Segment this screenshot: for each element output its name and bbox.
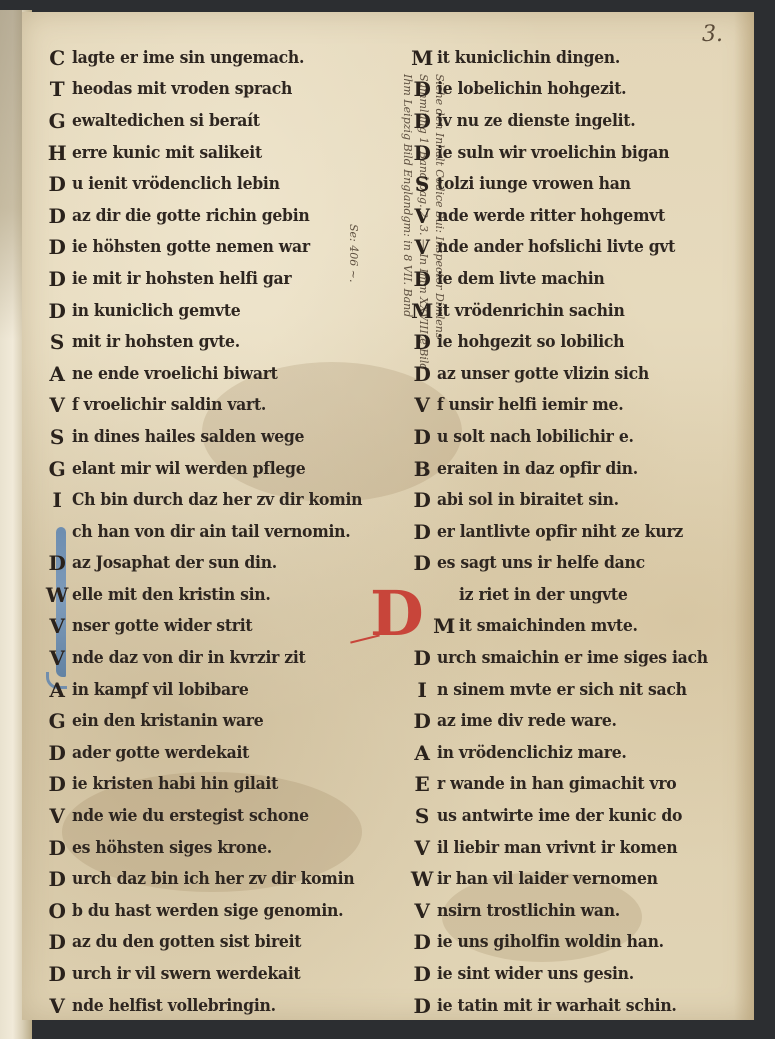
verse-line: ICh bin durch daz her zv dir komin — [42, 484, 402, 516]
line-initial: D — [407, 488, 437, 512]
line-initial: M — [429, 614, 459, 638]
line-initial: D — [42, 867, 72, 891]
verse-text: es sagt uns ir helfe danc — [437, 553, 645, 573]
line-initial: V — [42, 614, 72, 638]
line-initial: V — [407, 393, 437, 417]
verse-text: es höhsten siges krone. — [72, 838, 272, 858]
verse-line: Vnsirn trostlichin wan. — [407, 895, 747, 927]
line-initial: M — [407, 299, 437, 323]
verse-line: Durch daz bin ich her zv dir komin — [42, 863, 402, 895]
verse-text: nde werde ritter hohgemvt — [437, 206, 665, 226]
verse-line: Vnde werde ritter hohgemvt — [407, 200, 747, 232]
verse-text: it smaichinden mvte. — [459, 616, 638, 636]
verse-text: Ch bin durch daz her zv dir komin — [72, 490, 362, 510]
verse-line: Die mit ir hohsten helfi gar — [42, 263, 402, 295]
line-initial: D — [407, 994, 437, 1018]
verse-text: nde wie du erstegist schone — [72, 806, 309, 826]
verse-text: n sinem mvte er sich nit sach — [437, 680, 687, 700]
line-initial: D — [407, 930, 437, 954]
verse-line: Stolzi iunge vrowen han — [407, 168, 747, 200]
verse-text: az unser gotte vlizin sich — [437, 364, 649, 384]
verse-line: Gelant mir wil werden pflege — [42, 453, 402, 485]
verse-text: urch ir vil swern werdekait — [72, 964, 301, 984]
verse-line: Mit vrödenrichin sachin — [407, 295, 747, 327]
verse-line: Beraiten in daz opfir din. — [407, 453, 747, 485]
verse-text: urch smaichin er ime siges iach — [437, 648, 708, 668]
verse-line: Des sagt uns ir helfe danc — [407, 548, 747, 580]
verse-line: Er wande in han gimachit vro — [407, 769, 747, 801]
line-initial: D — [407, 425, 437, 449]
verse-line: Daz du den gotten sist bireit — [42, 927, 402, 959]
verse-line: Welle mit den kristin sin. — [42, 579, 402, 611]
verse-line: Daz ime div rede ware. — [407, 705, 747, 737]
verse-text: nsirn trostlichin wan. — [437, 901, 620, 921]
verse-line: Mit kuniclichin dingen. — [407, 42, 747, 74]
verse-text: az Josaphat der sun din. — [72, 553, 277, 573]
verse-line: Durch ir vil swern werdekait — [42, 958, 402, 990]
verse-text: nde helfist vollebringin. — [72, 996, 276, 1016]
verse-text: ie tatin mit ir warhait schin. — [437, 996, 677, 1016]
line-initial: D — [407, 962, 437, 986]
verse-text: ne ende vroelichi biwart — [72, 364, 278, 384]
line-initial: G — [42, 457, 72, 481]
verse-text: in vrödenclichiz mare. — [437, 743, 627, 763]
line-initial: D — [42, 836, 72, 860]
line-initial: S — [42, 330, 72, 354]
verse-text: urch daz bin ich her zv dir komin — [72, 869, 354, 889]
line-initial: V — [407, 235, 437, 259]
line-initial: O — [42, 899, 72, 923]
verse-text: ie hohgezit so lobilich — [437, 332, 624, 352]
verse-text: ch han von dir ain tail vernomin. — [72, 522, 350, 542]
verse-line: Du ienit vrödenclich lebin — [42, 168, 402, 200]
verse-text: it kuniclichin dingen. — [437, 48, 620, 68]
verse-text: ader gotte werdekait — [72, 743, 249, 763]
line-initial: W — [42, 583, 72, 607]
verse-line: Daz dir die gotte richin gebin — [42, 200, 402, 232]
verse-text: us antwirte ime der kunic do — [437, 806, 682, 826]
line-initial: D — [407, 109, 437, 133]
verse-line: Ane ende vroelichi biwart — [42, 358, 402, 390]
line-initial: V — [42, 646, 72, 670]
line-initial: D — [42, 299, 72, 323]
verse-text: heodas mit vroden sprach — [72, 79, 292, 99]
line-initial: H — [42, 141, 72, 165]
verse-line: Die höhsten gotte nemen war — [42, 232, 402, 264]
line-initial: S — [407, 172, 437, 196]
verse-line: Du solt nach lobilichir e. — [407, 421, 747, 453]
verse-text: lagte er ime sin ungemach. — [72, 48, 304, 68]
line-initial: D — [42, 267, 72, 291]
verse-text: elant mir wil werden pflege — [72, 459, 305, 479]
line-initial: D — [407, 330, 437, 354]
verse-line: Vnde daz von dir in kvrzir zit — [42, 642, 402, 674]
line-initial: D — [42, 962, 72, 986]
verse-text: nde daz von dir in kvrzir zit — [72, 648, 305, 668]
verse-line: Clagte er ime sin ungemach. — [42, 42, 402, 74]
verse-text: erre kunic mit salikeit — [72, 143, 262, 163]
line-initial: V — [42, 393, 72, 417]
verse-line: Die suln wir vroelichin bigan — [407, 137, 747, 169]
verse-text: ie dem livte machin — [437, 269, 604, 289]
line-initial: V — [407, 899, 437, 923]
line-initial: D — [42, 204, 72, 228]
line-initial: D — [407, 267, 437, 291]
verse-text: it vrödenrichin sachin — [437, 301, 625, 321]
verse-line: Die lobelichin hohgezit. — [407, 74, 747, 106]
verse-text: elle mit den kristin sin. — [72, 585, 271, 605]
verse-text: az ime div rede ware. — [437, 711, 617, 731]
line-initial: D — [407, 362, 437, 386]
verse-text: ie höhsten gotte nemen war — [72, 237, 310, 257]
line-initial: D — [407, 77, 437, 101]
verse-line: Die hohgezit so lobilich — [407, 326, 747, 358]
line-initial: M — [407, 46, 437, 70]
line-initial: D — [42, 741, 72, 765]
verse-text: u ienit vrödenclich lebin — [72, 174, 280, 194]
verse-line: Smit ir hohsten gvte. — [42, 326, 402, 358]
verse-text: eraiten in daz opfir din. — [437, 459, 638, 479]
verse-line: Vf vroelichir saldin vart. — [42, 390, 402, 422]
line-initial: D — [407, 551, 437, 575]
line-initial: D — [407, 646, 437, 670]
verse-text: u solt nach lobilichir e. — [437, 427, 634, 447]
line-initial: D — [42, 551, 72, 575]
verse-line: In sinem mvte er sich nit sach — [407, 674, 747, 706]
verse-line: Theodas mit vroden sprach — [42, 74, 402, 106]
verse-line: Daz Josaphat der sun din. — [42, 548, 402, 580]
verse-text: ein den kristanin ware — [72, 711, 263, 731]
verse-line: Vnde wie du erstegist schone — [42, 800, 402, 832]
verse-text: ie kristen habi hin gilait — [72, 774, 278, 794]
line-initial: B — [407, 457, 437, 481]
verse-text: mit ir hohsten gvte. — [72, 332, 240, 352]
line-initial: E — [407, 772, 437, 796]
verse-line: Vf unsir helfi iemir me. — [407, 390, 747, 422]
line-initial: V — [407, 836, 437, 860]
verse-line: Die dem livte machin — [407, 263, 747, 295]
verse-line: Div nu ze dienste ingelit. — [407, 105, 747, 137]
verse-line: Die uns giholfin woldin han. — [407, 927, 747, 959]
verse-line: Der lantlivte opfir niht ze kurz — [407, 516, 747, 548]
verse-text: b du hast werden sige genomin. — [72, 901, 343, 921]
verse-line: ch han von dir ain tail vernomin. — [42, 516, 402, 548]
verse-line: Mit smaichinden mvte. — [407, 611, 747, 643]
line-initial: G — [42, 109, 72, 133]
verse-line: Die kristen habi hin gilait — [42, 769, 402, 801]
verse-line: Gewaltedichen si beraít — [42, 105, 402, 137]
verse-text: r wande in han gimachit vro — [437, 774, 676, 794]
verse-line: Dabi sol in biraitet sin. — [407, 484, 747, 516]
verse-line: Vnde helfist vollebringin. — [42, 990, 402, 1022]
line-initial: D — [42, 772, 72, 796]
line-initial: S — [407, 804, 437, 828]
verse-text: az du den gotten sist bireit — [72, 932, 301, 952]
verse-line: Des höhsten siges krone. — [42, 832, 402, 864]
verse-text: abi sol in biraitet sin. — [437, 490, 619, 510]
line-initial: A — [42, 678, 72, 702]
verse-text: ir han vil laider vernomen — [437, 869, 658, 889]
verse-text: in kampf vil lobibare — [72, 680, 249, 700]
verse-text: il liebir man vrivnt ir komen — [437, 838, 677, 858]
verse-text: ie mit ir hohsten helfi gar — [72, 269, 291, 289]
line-initial: D — [407, 141, 437, 165]
line-initial: V — [42, 804, 72, 828]
verse-line: Herre kunic mit salikeit — [42, 137, 402, 169]
verse-text: ie sint wider uns gesin. — [437, 964, 634, 984]
verse-line: Wir han vil laider vernomen — [407, 863, 747, 895]
verse-line: Vil liebir man vrivnt ir komen — [407, 832, 747, 864]
line-initial: A — [407, 741, 437, 765]
line-initial: D — [407, 520, 437, 544]
verse-text: iz riet in der ungvte — [459, 585, 628, 605]
verse-line: Sus antwirte ime der kunic do — [407, 800, 747, 832]
line-initial: I — [42, 488, 72, 512]
line-initial: D — [42, 235, 72, 259]
verse-line: Daz unser gotte vlizin sich — [407, 358, 747, 390]
verse-text: er lantlivte opfir niht ze kurz — [437, 522, 683, 542]
line-initial: T — [42, 77, 72, 101]
verse-text: ie lobelichin hohgezit. — [437, 79, 626, 99]
verse-text: in dines hailes salden wege — [72, 427, 304, 447]
verse-text: ewaltedichen si beraít — [72, 111, 260, 131]
line-initial: V — [42, 994, 72, 1018]
verse-line: Ain vrödenclichiz mare. — [407, 737, 747, 769]
verse-text: az dir die gotte richin gebin — [72, 206, 309, 226]
line-initial: S — [42, 425, 72, 449]
verse-text: tolzi iunge vrowen han — [437, 174, 631, 194]
manuscript-viewer: 3. D Siehe den Inhalt Codice Sui: Inspec… — [0, 0, 775, 1039]
verse-line: iz riet in der ungvte — [407, 579, 747, 611]
verse-line: Die tatin mit ir warhait schin. — [407, 990, 747, 1022]
line-initial: W — [407, 867, 437, 891]
verse-text: in kuniclich gemvte — [72, 301, 240, 321]
verse-line: Vnser gotte wider strit — [42, 611, 402, 643]
verse-line: Durch smaichin er ime siges iach — [407, 642, 747, 674]
line-initial: D — [42, 930, 72, 954]
verse-line: Din kuniclich gemvte — [42, 295, 402, 327]
line-initial: A — [42, 362, 72, 386]
line-initial: D — [407, 709, 437, 733]
text-column-left: Clagte er ime sin ungemach. Theodas mit … — [42, 42, 402, 1021]
line-initial: G — [42, 709, 72, 733]
verse-text: ie uns giholfin woldin han. — [437, 932, 664, 952]
verse-line: Ain kampf vil lobibare — [42, 674, 402, 706]
verse-line: Die sint wider uns gesin. — [407, 958, 747, 990]
manuscript-page: 3. D Siehe den Inhalt Codice Sui: Inspec… — [22, 12, 754, 1020]
line-initial: V — [407, 204, 437, 228]
verse-line: Vnde ander hofslichi livte gvt — [407, 232, 747, 264]
verse-text: nde ander hofslichi livte gvt — [437, 237, 675, 257]
verse-text: nser gotte wider strit — [72, 616, 252, 636]
line-initial: D — [42, 172, 72, 196]
line-initial: I — [407, 678, 437, 702]
verse-line: Sin dines hailes salden wege — [42, 421, 402, 453]
line-initial: C — [42, 46, 72, 70]
verse-line: Ob du hast werden sige genomin. — [42, 895, 402, 927]
verse-text: f vroelichir saldin vart. — [72, 395, 266, 415]
verse-line: Dader gotte werdekait — [42, 737, 402, 769]
verse-text: f unsir helfi iemir me. — [437, 395, 623, 415]
text-column-right: Mit kuniclichin dingen. Die lobelichin h… — [407, 42, 747, 1021]
verse-text: ie suln wir vroelichin bigan — [437, 143, 669, 163]
verse-text: iv nu ze dienste ingelit. — [437, 111, 635, 131]
verse-line: Gein den kristanin ware — [42, 705, 402, 737]
